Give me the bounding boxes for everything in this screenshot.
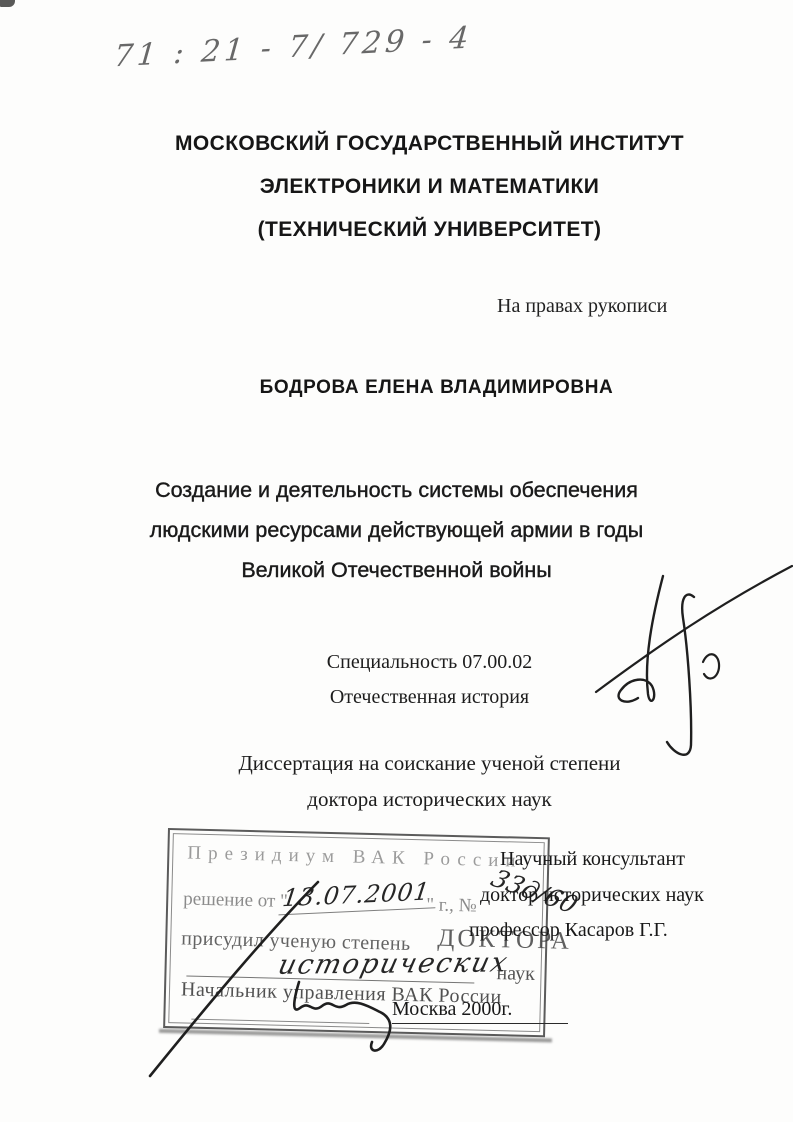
specialty-block: Специальность 07.00.02 Отечественная ист… xyxy=(33,645,793,715)
catalog-number-handwritten: 71 : 21 - 7/ 729 - 4 xyxy=(113,21,474,75)
catalog-number-area: 71 : 21 - 7/ 729 - 4 xyxy=(100,18,520,88)
dissertation-title: Создание и деятельность системы обеспече… xyxy=(0,470,793,590)
consultant-label: Научный консультант xyxy=(500,848,685,871)
author-name: БОДРОВА ЕЛЕНА ВЛАДИМИРОВНА xyxy=(40,377,793,399)
manuscript-note: На правах рукописи xyxy=(497,295,667,318)
specialty-code: Специальность 07.00.02 xyxy=(33,645,793,680)
university-name-line1: МОСКОВСКИЙ ГОСУДАРСТВЕННЫЙ ИНСТИТУТ xyxy=(33,122,793,165)
dissertation-type-line1: Диссертация на соискание ученой степени xyxy=(33,745,793,781)
university-name-line3: (ТЕХНИЧЕСКИЙ УНИВЕРСИТЕТ) xyxy=(33,208,793,251)
university-name-line2: ЭЛЕКТРОНИКИ И МАТЕМАТИКИ xyxy=(33,165,793,208)
stamp-decision-suffix: " г., № xyxy=(426,894,477,917)
dissertation-title-line2: людскими ресурсами действующей армии в г… xyxy=(0,510,793,550)
specialty-name: Отечественная история xyxy=(33,680,793,715)
dissertation-title-page: 71 : 21 - 7/ 729 - 4 МОСКОВСКИЙ ГОСУДАРС… xyxy=(0,0,793,1122)
stamp-decision-prefix: решение от " xyxy=(183,888,288,913)
dissertation-title-line3: Великой Отечественной войны xyxy=(0,550,793,590)
consultant-degree: доктор исторических наук xyxy=(480,884,704,907)
stamp-field-suffix: наук xyxy=(496,962,535,986)
dissertation-title-line1: Создание и деятельность системы обеспече… xyxy=(0,470,793,510)
dissertation-type-block: Диссертация на соискание ученой степени … xyxy=(33,745,793,817)
scan-corner-smudge xyxy=(0,0,15,7)
city-year: Москва 2000г. xyxy=(392,998,568,1024)
university-name: МОСКОВСКИЙ ГОСУДАРСТВЕННЫЙ ИНСТИТУТ ЭЛЕК… xyxy=(33,122,793,251)
dissertation-type-line2: доктора исторических наук xyxy=(33,781,793,817)
stamp-field-handwritten: исторических xyxy=(275,947,512,980)
consultant-name: профессор Касаров Г.Г. xyxy=(469,919,668,942)
